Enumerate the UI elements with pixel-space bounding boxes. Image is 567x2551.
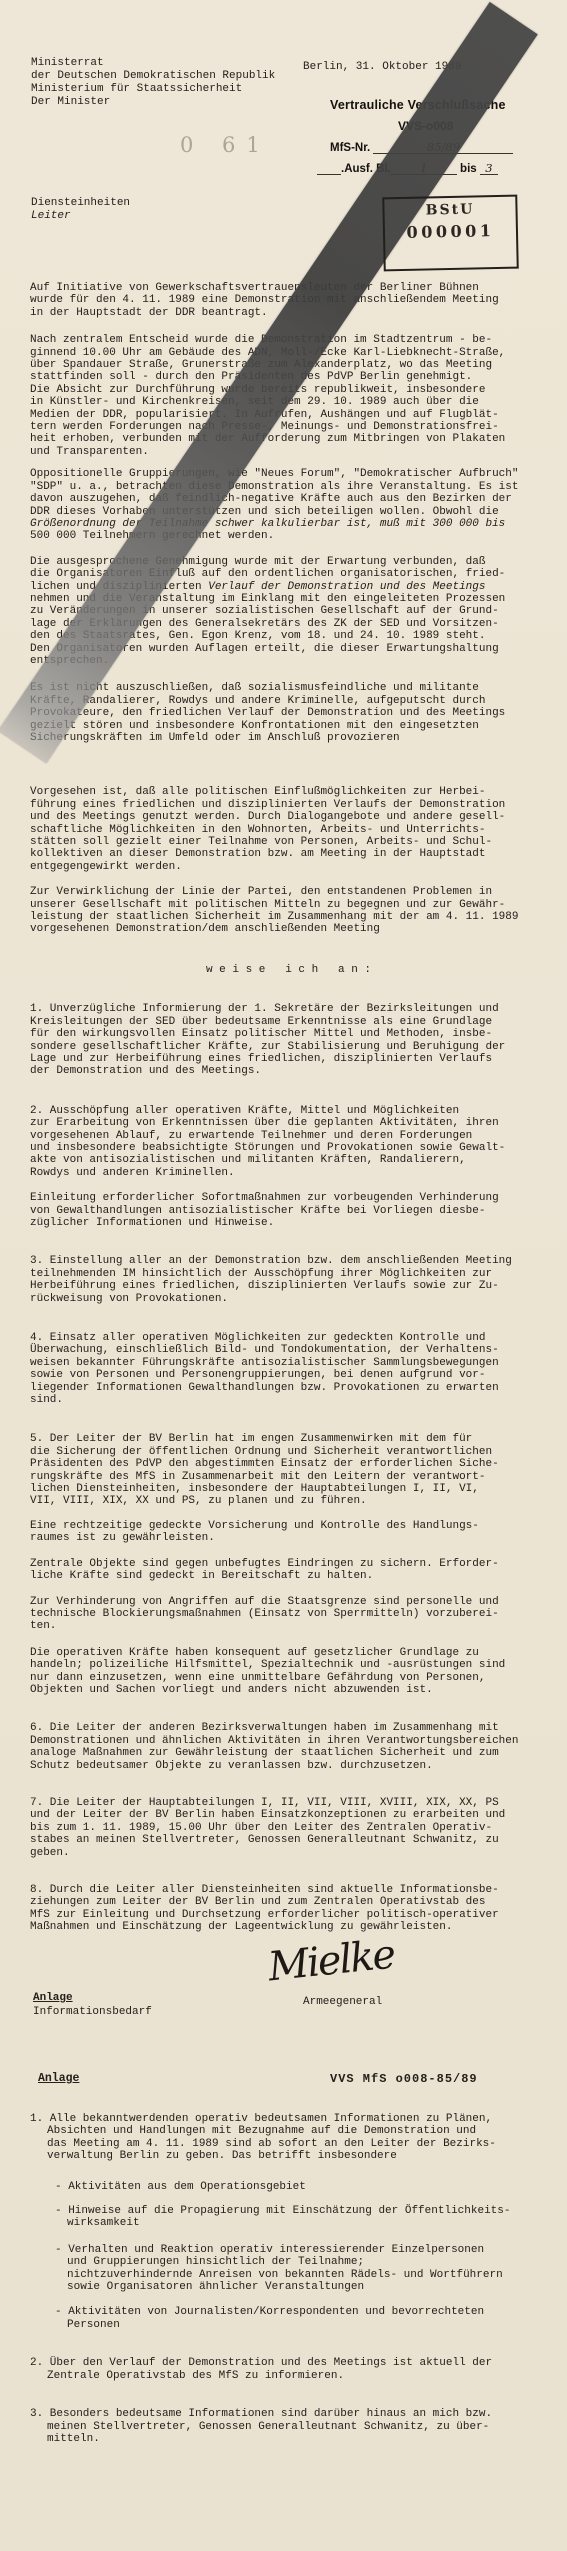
- text-segment: - Aktivitäten von Journalisten/Korrespon…: [55, 2306, 484, 2330]
- attachment-value: Informationsbedarf: [33, 2006, 152, 2020]
- directive-item-5e: Die operativen Kräfte haben konsequent a…: [30, 1647, 547, 1697]
- sender-line: Ministerium für Staatssicherheit: [31, 83, 275, 96]
- directive-item-4: 4. Einsatz aller operativen Möglichkeite…: [30, 1332, 547, 1406]
- annex-bullet-4: - Aktivitäten von Journalisten/Korrespon…: [30, 2306, 550, 2331]
- handwritten-registry-note: 0 61: [180, 133, 271, 157]
- stamp-agency: BStU: [384, 201, 515, 220]
- directive-item-6: 6. Die Leiter der anderen Bezirksverwalt…: [30, 1722, 547, 1772]
- text-segment: Größenordnung der Teilnahme schwer kalku…: [30, 518, 505, 530]
- annex-item-2: 2. Über den Verlauf der Demonstration un…: [30, 2357, 550, 2382]
- directive-heading: w e i s e i c h a n :: [30, 964, 547, 976]
- paragraph-opposition: Oppositionelle Gruppierungen, wie "Neues…: [30, 468, 547, 542]
- ausf-blank: [317, 161, 341, 175]
- letter-body: Auf Initiative von Gewerkschaftsvertraue…: [30, 282, 547, 1934]
- text-segment: 2. Über den Verlauf der Demonstration un…: [30, 2357, 492, 2381]
- sender-address: Ministerrat der Deutschen Demokratischen…: [31, 57, 275, 109]
- paragraph-vorgesehen: Vorgesehen ist, daß alle politischen Ein…: [30, 786, 547, 873]
- sender-line: der Deutschen Demokratischen Republik: [31, 70, 275, 83]
- text-segment: 6. Die Leiter der anderen Bezirksverwalt…: [30, 1722, 518, 1771]
- sender-line: Ministerrat: [31, 57, 275, 70]
- text-segment: 8. Durch die Leiter aller Diensteinheite…: [30, 1884, 499, 1933]
- directive-item-2b: Einleitung erforderlicher Sofortmaßnahme…: [30, 1192, 547, 1229]
- sender-line: Der Minister: [31, 96, 275, 109]
- text-segment: Oppositionelle Gruppierungen, wie "Neues…: [30, 468, 518, 517]
- annex-reference: VVS MfS o008-85/89: [330, 2072, 478, 2086]
- text-segment: 3. Einstellung aller an der Demonstratio…: [30, 1255, 512, 1304]
- text-segment: Eine rechtzeitige gedeckte Vorsicherung …: [30, 1520, 479, 1544]
- recipient-role: Leiter: [31, 210, 130, 223]
- text-segment: 7. Die Leiter der Hauptabteilungen I, II…: [30, 1797, 505, 1859]
- text-segment: 4. Einsatz aller operativen Möglichkeite…: [30, 1332, 499, 1406]
- paragraph-risiko: Es ist nicht auszuschließen, daß soziali…: [30, 682, 547, 744]
- annex-bullet-2: - Hinweise auf die Propagierung mit Eins…: [30, 2205, 550, 2230]
- text-segment: Es ist nicht auszuschließen, daß soziali…: [30, 682, 505, 744]
- directive-item-5c: Zentrale Objekte sind gegen unbefugtes E…: [30, 1558, 547, 1583]
- text-segment: - Verhalten und Reaktion operativ intere…: [55, 2244, 503, 2293]
- annex-item-3: 3. Besonders bedeutsame Informationen si…: [30, 2408, 550, 2445]
- signature-mielke: Mielke: [266, 1932, 396, 1991]
- bstu-archive-stamp: BStU 000001: [382, 195, 519, 272]
- text-segment: 2. Ausschöpfung aller operativen Kräfte,…: [30, 1105, 505, 1179]
- text-segment: Zur Verwirklichung der Linie der Partei,…: [30, 886, 518, 935]
- recipient-line: Diensteinheiten: [31, 197, 130, 210]
- annex-bullet-3: - Verhalten und Reaktion operativ intere…: [30, 2244, 550, 2294]
- annex-heading: Anlage: [38, 2072, 79, 2085]
- text-segment: 3. Besonders bedeutsame Informationen si…: [30, 2408, 492, 2445]
- mfs-label: MfS-Nr.: [330, 142, 370, 154]
- text-segment: Vorgesehen ist, daß alle politischen Ein…: [30, 786, 505, 872]
- text-segment: Auf Initiative von Gewerkschaftsvertraue…: [30, 282, 499, 319]
- text-segment: - Aktivitäten aus dem Operationsgebiet: [55, 2181, 306, 2193]
- directive-item-8: 8. Durch die Leiter aller Diensteinheite…: [30, 1884, 547, 1934]
- text-segment: Zur Verhinderung von Angriffen auf die S…: [30, 1596, 499, 1633]
- place-date: Berlin, 31. Oktober 1989: [303, 61, 461, 73]
- text-segment: Die operativen Kräfte haben konsequent a…: [30, 1647, 505, 1696]
- text-segment: Einleitung erforderlicher Sofortmaßnahme…: [30, 1192, 499, 1229]
- text-segment: - Hinweise auf die Propagierung mit Eins…: [55, 2205, 510, 2229]
- text-segment: Verlauf der Demonstration und des Meetin…: [208, 581, 485, 593]
- text-segment: 1. Alle bekanntwerdenden operativ bedeut…: [30, 2113, 496, 2162]
- directive-item-1: 1. Unverzügliche Informierung der 1. Sek…: [30, 1003, 547, 1077]
- text-segment: Zentrale Objekte sind gegen unbefugtes E…: [30, 1558, 499, 1582]
- attachment-label: Anlage: [33, 1992, 152, 2006]
- annex-bullet-1: - Aktivitäten aus dem Operationsgebiet: [30, 2181, 550, 2193]
- document-page: Ministerrat der Deutschen Demokratischen…: [0, 0, 567, 2551]
- paragraph-linie: Zur Verwirklichung der Linie der Partei,…: [30, 886, 547, 936]
- ausf-to: 3: [485, 161, 492, 175]
- directive-item-7: 7. Die Leiter der Hauptabteilungen I, II…: [30, 1797, 547, 1859]
- recipient-block: Diensteinheiten Leiter: [31, 197, 130, 223]
- annex-body: 1. Alle bekanntwerdenden operativ bedeut…: [30, 2113, 550, 2445]
- directive-item-5: 5. Der Leiter der BV Berlin hat im engen…: [30, 1433, 547, 1507]
- ausf-to-line: 3: [480, 161, 498, 175]
- text-segment: 1. Unverzügliche Informierung der 1. Sek…: [30, 1003, 505, 1077]
- directive-item-3: 3. Einstellung aller an der Demonstratio…: [30, 1255, 547, 1305]
- annex-item-1: 1. Alle bekanntwerdenden operativ bedeut…: [30, 2113, 550, 2163]
- ausf-bis-label: bis: [460, 163, 477, 175]
- stamp-number: 000001: [385, 221, 516, 243]
- directive-item-5b: Eine rechtzeitige gedeckte Vorsicherung …: [30, 1520, 547, 1545]
- directive-item-5d: Zur Verhinderung von Angriffen auf die S…: [30, 1596, 547, 1633]
- text-segment: 5. Der Leiter der BV Berlin hat im engen…: [30, 1433, 499, 1507]
- text-segment: w e i s e i c h a n :: [206, 964, 371, 976]
- attachment-note: Anlage Informationsbedarf: [33, 1992, 152, 2019]
- signatory-rank: Armeegeneral: [303, 1996, 382, 2008]
- directive-item-2: 2. Ausschöpfung aller operativen Kräfte,…: [30, 1105, 547, 1179]
